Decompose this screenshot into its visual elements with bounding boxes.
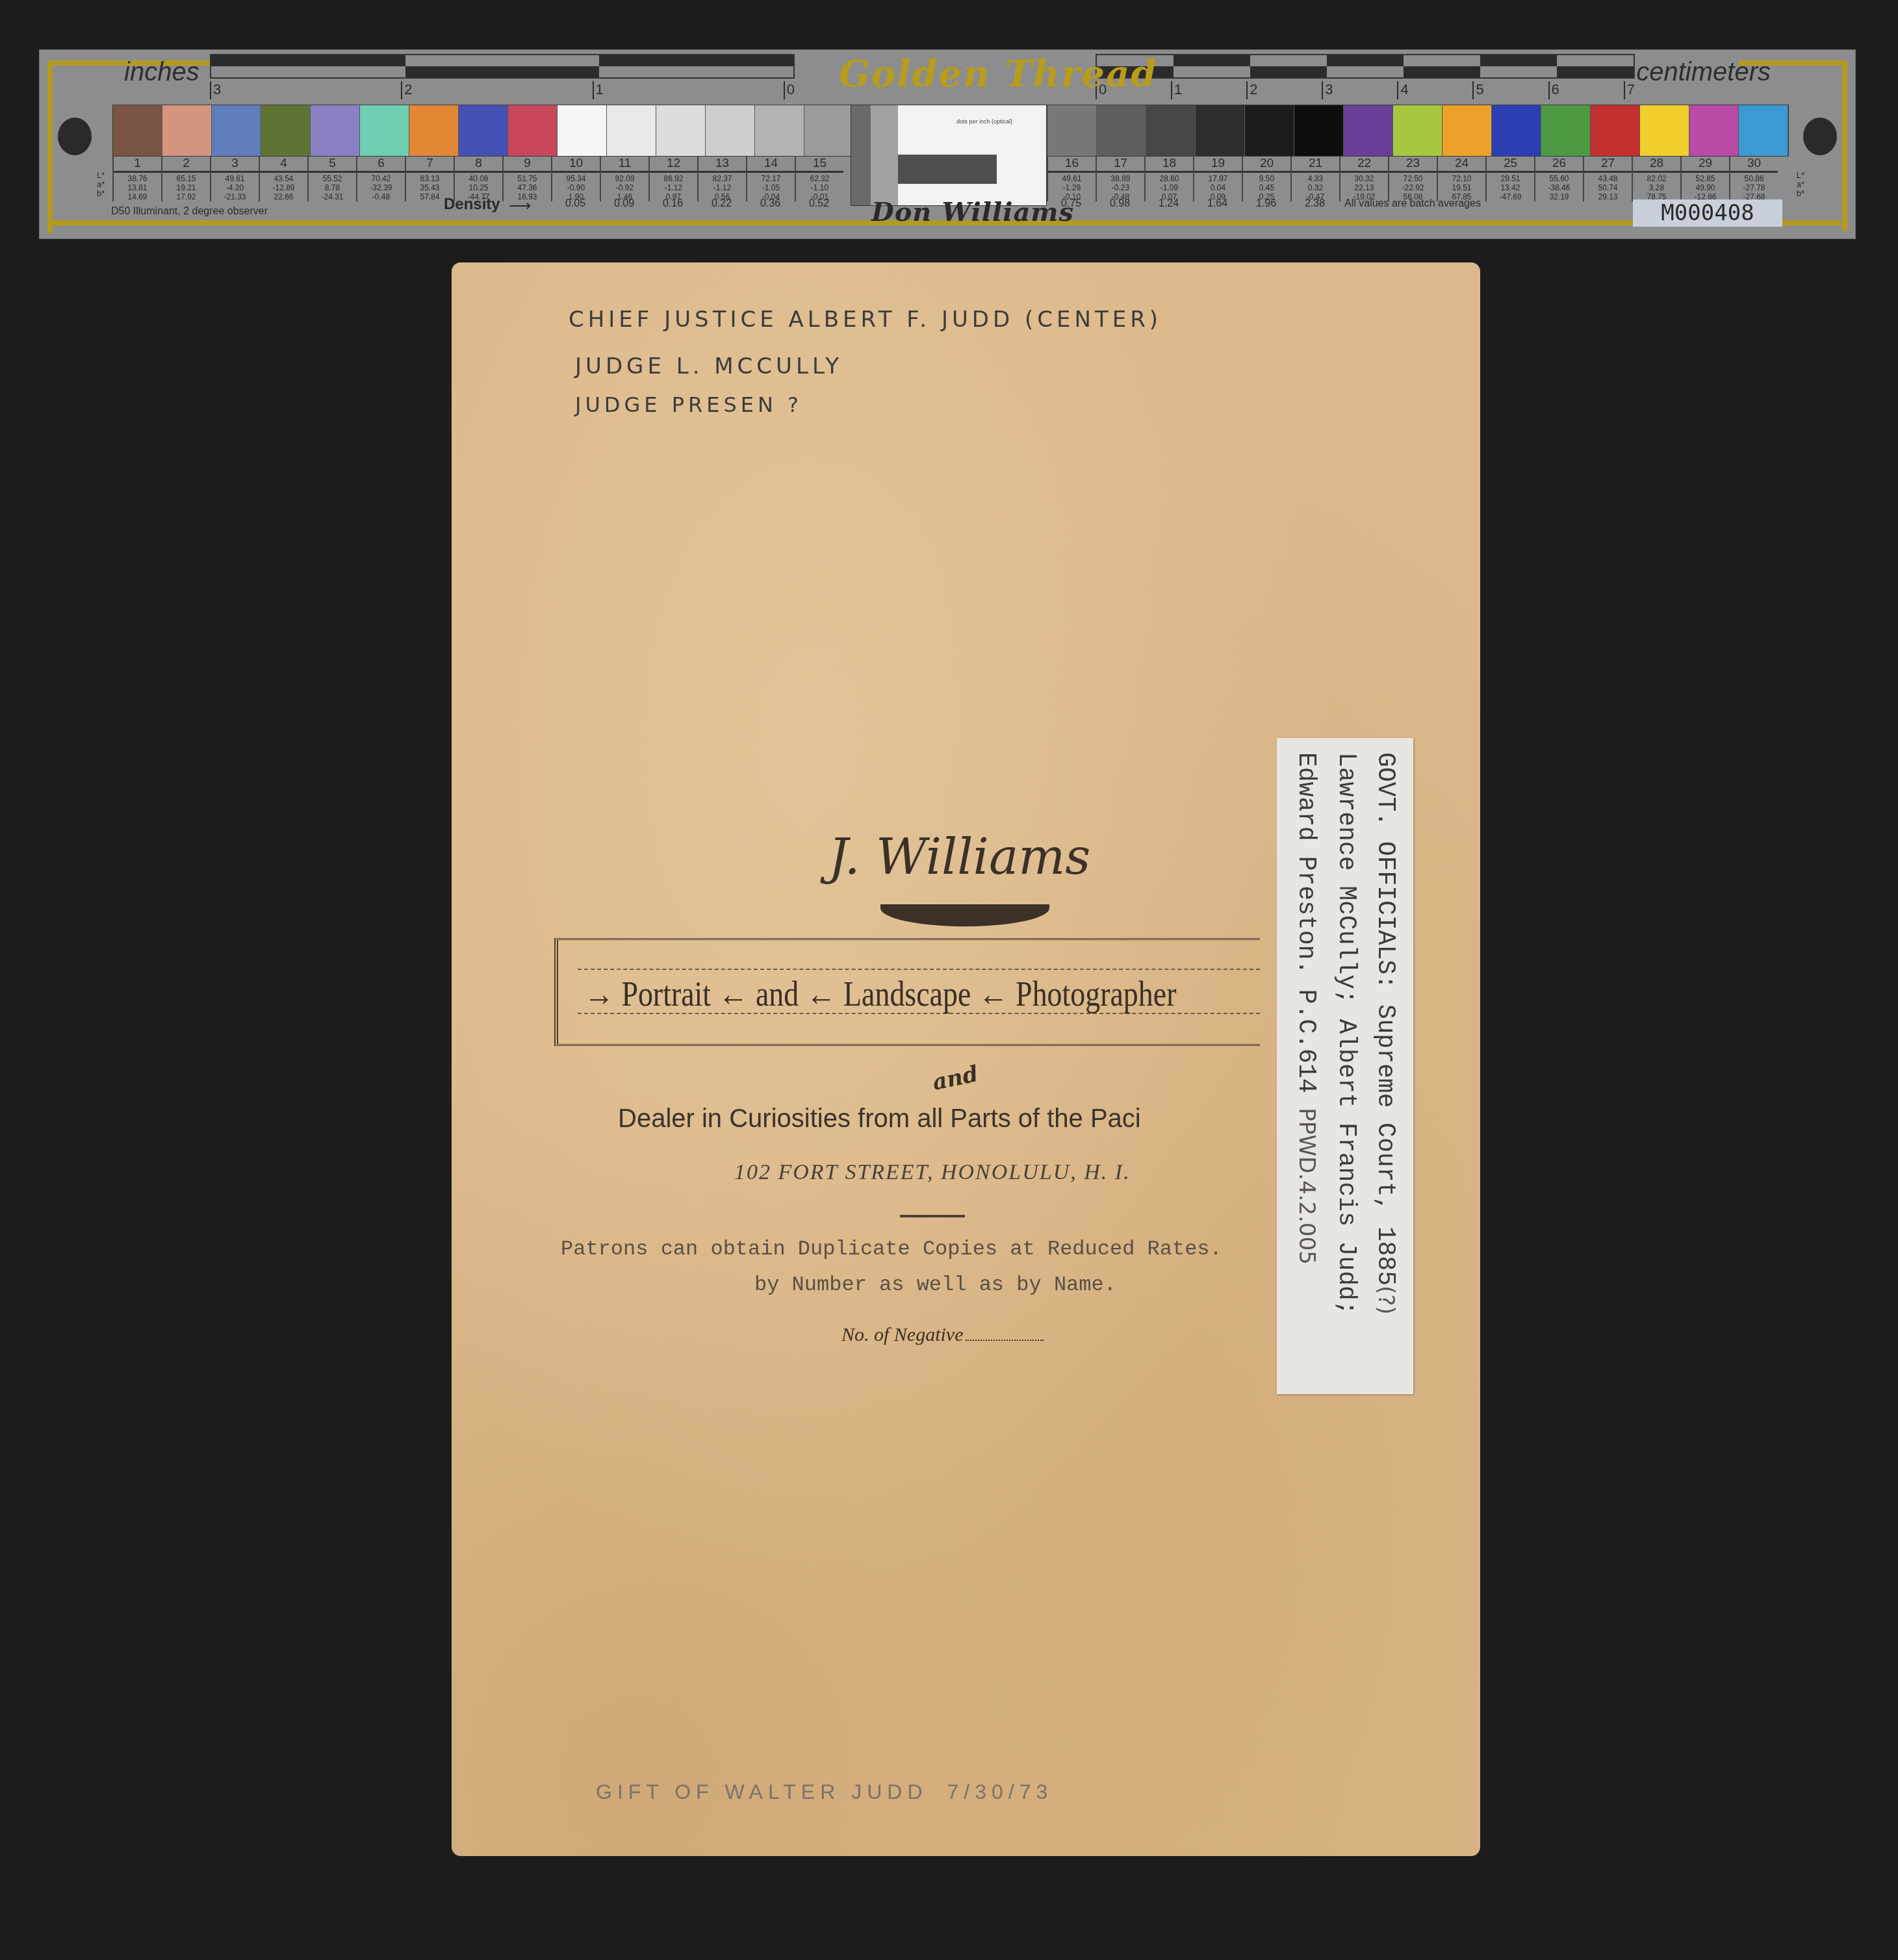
lab-cell-8: 840.0810.25-44.77 — [454, 157, 502, 201]
centimeter-ruler — [1096, 54, 1635, 79]
golden-thread-logo: Golden Thread — [839, 53, 1157, 95]
lab-values: 52.8549.90-12.86 — [1682, 173, 1729, 201]
inch-tick: 3 — [210, 81, 221, 99]
lab-values: 29.5113.42-47.69 — [1487, 173, 1534, 201]
color-patch-14 — [755, 105, 804, 156]
lab-cell-22: 2230.3222.13-19.02 — [1339, 157, 1388, 201]
inch-tick: 0 — [784, 81, 795, 99]
lab-cell-30: 3050.86-27.78-27.68 — [1729, 157, 1778, 201]
banner-text: → Portrait ← and ← Landscape ← Photograp… — [584, 974, 1176, 1014]
patch-number: 25 — [1487, 157, 1534, 173]
lab-cell-10: 1095.34-0.901.90 — [551, 157, 600, 201]
lab-values: 72.50-22.9256.08 — [1389, 173, 1437, 201]
lab-values: 70.42-32.39-0.48 — [357, 173, 405, 201]
patch-number: 9 — [504, 157, 551, 173]
lab-values: 43.4850.7429.13 — [1584, 173, 1632, 201]
cm-tick: 3 — [1322, 81, 1333, 99]
lab-values: 55.528.78-24.31 — [309, 173, 356, 201]
target-id-badge: M000408 — [1633, 199, 1782, 227]
lab-values: 65.1519.2117.92 — [162, 173, 210, 201]
dealer-line: Dealer in Curiosities from all Parts of … — [618, 1104, 1141, 1134]
color-calibration-target: inches centimeters 3210 01234567 Golden … — [39, 49, 1856, 239]
color-patch-13 — [706, 105, 755, 156]
lab-values: 55.60-38.4632.19 — [1535, 173, 1583, 201]
density-value: 0.16 — [648, 198, 697, 210]
lab-cell-18: 1828.60-1.090.07 — [1144, 157, 1193, 201]
patch-number: 21 — [1292, 157, 1339, 173]
lab-cell-2: 265.1519.2117.92 — [161, 157, 210, 201]
color-patch-7 — [409, 105, 459, 156]
patrons-note-line-1: Patrons can obtain Duplicate Copies at R… — [561, 1237, 1222, 1261]
patch-number: 30 — [1730, 157, 1778, 173]
lab-values: 43.54-12.8922.66 — [260, 173, 307, 201]
batch-averages-note: All values are batch averages — [1344, 198, 1481, 210]
patch-number: 24 — [1438, 157, 1485, 173]
lab-cell-6: 670.42-32.39-0.48 — [356, 157, 405, 201]
typed-catalog-label: GOVT. OFFICIALS: Supreme Court, 1885(?) … — [1277, 738, 1413, 1394]
lab-cell-23: 2372.50-22.9256.08 — [1388, 157, 1437, 201]
patch-number: 23 — [1389, 157, 1437, 173]
handwritten-note-line-3: Judge Presen ? — [575, 392, 802, 417]
gift-pencil-note: Gift of Walter Judd7/30/73 — [596, 1780, 1053, 1804]
label-line-2: Lawrence McCully; Albert Francis Judd; — [1326, 752, 1365, 1380]
pen-accession-number: PPWD.4.2.005 — [1294, 1108, 1320, 1264]
inch-tick: 2 — [401, 81, 412, 99]
lab-cell-1: 138.7613.8114.69 — [112, 157, 161, 201]
density-value: 0.98 — [1096, 198, 1144, 210]
lab-values: 4.330.32-0.47 — [1292, 173, 1339, 201]
patch-number: 29 — [1682, 157, 1729, 173]
density-value: 1.24 — [1144, 198, 1193, 210]
density-value: 1.64 — [1193, 198, 1242, 210]
centimeters-label: centimeters — [1636, 58, 1771, 87]
lab-axis-label-right: L*a*b* — [1797, 171, 1804, 198]
lab-values-right: 1649.61-1.29-0.101738.89-0.23-0.481828.6… — [1047, 157, 1778, 201]
lab-values: 49.61-4.20-21.33 — [211, 173, 259, 201]
centimeter-ticks: 01234567 — [1096, 81, 1635, 99]
density-value: 0.09 — [600, 198, 648, 210]
lab-cell-9: 951.7547.3616.93 — [502, 157, 551, 201]
registration-dot-right — [1803, 118, 1837, 155]
patch-number: 17 — [1097, 157, 1144, 173]
density-value: 1.96 — [1242, 198, 1290, 210]
color-patch-16 — [1047, 105, 1097, 156]
patch-number: 28 — [1633, 157, 1680, 173]
color-patch-9 — [508, 105, 558, 156]
inch-tick: 1 — [593, 81, 604, 99]
lab-cell-26: 2655.60-38.4632.19 — [1534, 157, 1583, 201]
gift-note-text: Gift of Walter Judd — [596, 1780, 928, 1803]
lab-axis-label-left: L*a*b* — [97, 171, 105, 198]
patch-number: 2 — [162, 157, 210, 173]
color-patch-12 — [656, 105, 706, 156]
lab-cell-27: 2743.4850.7429.13 — [1583, 157, 1632, 201]
color-patch-28 — [1640, 105, 1689, 156]
ornamental-divider — [900, 1215, 965, 1217]
slanted-edge-light — [871, 105, 898, 205]
color-patch-22 — [1344, 105, 1393, 156]
color-patch-3 — [212, 105, 261, 156]
lab-cell-20: 209.500.450.25 — [1242, 157, 1290, 201]
patch-number: 19 — [1194, 157, 1242, 173]
handwritten-note-line-2: Judge L. McCully — [575, 353, 843, 379]
color-patch-2 — [162, 105, 212, 156]
color-patch-20 — [1245, 105, 1294, 156]
lab-cell-25: 2529.5113.42-47.69 — [1485, 157, 1534, 201]
color-patch-29 — [1689, 105, 1739, 156]
and-ornament: and — [930, 1061, 981, 1096]
patch-number: 5 — [309, 157, 356, 173]
lab-cell-3: 349.61-4.20-21.33 — [210, 157, 259, 201]
inch-ruler — [210, 54, 795, 79]
cm-tick: 7 — [1624, 81, 1635, 99]
inch-ticks: 3210 — [210, 81, 795, 99]
patch-number: 12 — [650, 157, 697, 173]
resolution-caption: dots per inch (optical) — [956, 118, 1012, 125]
density-value: 0.36 — [746, 198, 795, 210]
arrow-right-icon: ⟶ — [509, 197, 531, 216]
lab-cell-21: 214.330.32-0.47 — [1290, 157, 1339, 201]
patrons-note-line-2: by Number as well as by Name. — [754, 1273, 1116, 1297]
cm-tick: 1 — [1171, 81, 1182, 99]
patch-number: 10 — [552, 157, 600, 173]
color-patch-24 — [1443, 105, 1492, 156]
lab-cell-19: 1917.970.040.09 — [1193, 157, 1242, 201]
color-patches-left — [112, 105, 854, 157]
density-label: Density — [444, 196, 500, 214]
color-patch-19 — [1196, 105, 1245, 156]
patch-number: 20 — [1243, 157, 1290, 173]
color-patch-30 — [1739, 105, 1788, 156]
illuminant-note: D50 Illuminant, 2 degree observer — [111, 206, 268, 218]
lab-cell-12: 1286.92-1.120.97 — [648, 157, 697, 201]
color-patch-26 — [1541, 105, 1591, 156]
patch-number: 22 — [1340, 157, 1388, 173]
patch-number: 7 — [406, 157, 454, 173]
density-value: 2.38 — [1290, 198, 1339, 210]
color-patch-6 — [360, 105, 409, 156]
lab-values: 86.92-1.120.97 — [650, 173, 697, 201]
patch-number: 18 — [1146, 157, 1193, 173]
color-patches-right — [1047, 105, 1789, 157]
lab-values: 95.34-0.901.90 — [552, 173, 600, 201]
color-patch-17 — [1097, 105, 1146, 156]
pen-question-mark: (?) — [1373, 1286, 1399, 1315]
negative-number-blank — [966, 1340, 1044, 1341]
color-patch-5 — [311, 105, 360, 156]
patch-number: 3 — [211, 157, 259, 173]
color-patch-18 — [1146, 105, 1196, 156]
lab-values: 62.32-1.10-0.01 — [796, 173, 843, 201]
lab-values: 82.37-1.120.56 — [699, 173, 746, 201]
patch-number: 14 — [747, 157, 795, 173]
label-line-1: GOVT. OFFICIALS: Supreme Court, 1885(?) — [1365, 752, 1405, 1380]
negative-number-label: No. of Negative — [841, 1324, 963, 1345]
negative-number-field: No. of Negative — [841, 1324, 1044, 1346]
color-patch-4 — [261, 105, 311, 156]
density-value: 0.52 — [795, 198, 843, 210]
lab-cell-13: 1382.37-1.120.56 — [697, 157, 746, 201]
color-patch-8 — [459, 105, 508, 156]
cm-tick: 6 — [1548, 81, 1559, 99]
slanted-edge-dark — [898, 155, 997, 184]
lab-values: 38.7613.8114.69 — [114, 173, 161, 201]
cm-tick: 4 — [1397, 81, 1408, 99]
lab-values: 72.17-1.05-0.04 — [747, 173, 795, 201]
resolution-test-chart: dots per inch (optical) — [851, 105, 1047, 206]
color-patch-10 — [558, 105, 607, 156]
label-line-3: Edward Preston. P.C.614 PPWD.4.2.005 — [1286, 752, 1326, 1380]
lab-cell-5: 555.528.78-24.31 — [307, 157, 356, 201]
gift-date: 7/30/73 — [947, 1780, 1053, 1803]
color-patch-1 — [113, 105, 162, 156]
cm-tick: 5 — [1472, 81, 1483, 99]
color-patch-15 — [804, 105, 854, 156]
lab-cell-4: 443.54-12.8922.66 — [259, 157, 307, 201]
lab-values: 38.89-0.23-0.48 — [1097, 173, 1144, 201]
lab-cell-28: 2882.023.2878.75 — [1632, 157, 1680, 201]
patch-number: 26 — [1535, 157, 1583, 173]
density-value: 0.05 — [551, 198, 600, 210]
lab-values: 28.60-1.090.07 — [1146, 173, 1193, 201]
patch-number: 16 — [1048, 157, 1096, 173]
lab-cell-16: 1649.61-1.29-0.10 — [1047, 157, 1096, 201]
patch-number: 6 — [357, 157, 405, 173]
patch-number: 13 — [699, 157, 746, 173]
don-williams-signature: Don Williams — [871, 197, 1074, 227]
logo-swash-ornament — [880, 904, 1049, 926]
lab-cell-24: 2472.1019.5167.85 — [1437, 157, 1485, 201]
lab-values: 30.3222.13-19.02 — [1340, 173, 1388, 201]
lab-values: 82.023.2878.75 — [1633, 173, 1680, 201]
inches-label: inches — [124, 58, 199, 87]
photographer-banner: → Portrait ← and ← Landscape ← Photograp… — [554, 938, 1260, 1046]
lab-cell-14: 1472.17-1.05-0.04 — [746, 157, 795, 201]
cabinet-card-back: Chief Justice Albert F. Judd (center) Ju… — [452, 262, 1480, 1856]
studio-address: 102 FORT STREET, HONOLULU, H. I. — [734, 1160, 1131, 1185]
color-patch-21 — [1294, 105, 1344, 156]
color-patch-27 — [1591, 105, 1640, 156]
patch-number: 1 — [114, 157, 161, 173]
color-patch-11 — [607, 105, 656, 156]
lab-cell-11: 1192.09-0.921.46 — [600, 157, 648, 201]
lab-cell-7: 763.1335.4357.84 — [405, 157, 454, 201]
cm-tick: 2 — [1246, 81, 1257, 99]
handwritten-note-line-1: Chief Justice Albert F. Judd (center) — [569, 307, 1162, 333]
lab-cell-15: 1562.32-1.10-0.01 — [795, 157, 843, 201]
lab-values: 50.86-27.78-27.68 — [1730, 173, 1778, 201]
patch-number: 27 — [1584, 157, 1632, 173]
density-values-left: 0.050.090.160.220.360.52 — [551, 198, 843, 210]
lab-values-left: 138.7613.8114.69265.1519.2117.92349.61-4… — [112, 157, 843, 201]
williams-logo: J. Williams — [828, 828, 1090, 885]
patch-number: 11 — [601, 157, 648, 173]
density-value: 0.22 — [697, 198, 746, 210]
patch-number: 15 — [796, 157, 843, 173]
lab-values: 72.1019.5167.85 — [1438, 173, 1485, 201]
registration-dot-left — [58, 118, 92, 155]
lab-values: 92.09-0.921.46 — [601, 173, 648, 201]
color-patch-25 — [1492, 105, 1541, 156]
patch-number: 8 — [455, 157, 502, 173]
lab-values: 9.500.450.25 — [1243, 173, 1290, 201]
lab-cell-17: 1738.89-0.23-0.48 — [1096, 157, 1144, 201]
color-patch-23 — [1393, 105, 1443, 156]
lab-cell-29: 2952.8549.90-12.86 — [1680, 157, 1729, 201]
lab-values: 17.970.040.09 — [1194, 173, 1242, 201]
density-values-right: 0.750.981.241.641.962.38 — [1047, 198, 1339, 210]
patch-number: 4 — [260, 157, 307, 173]
